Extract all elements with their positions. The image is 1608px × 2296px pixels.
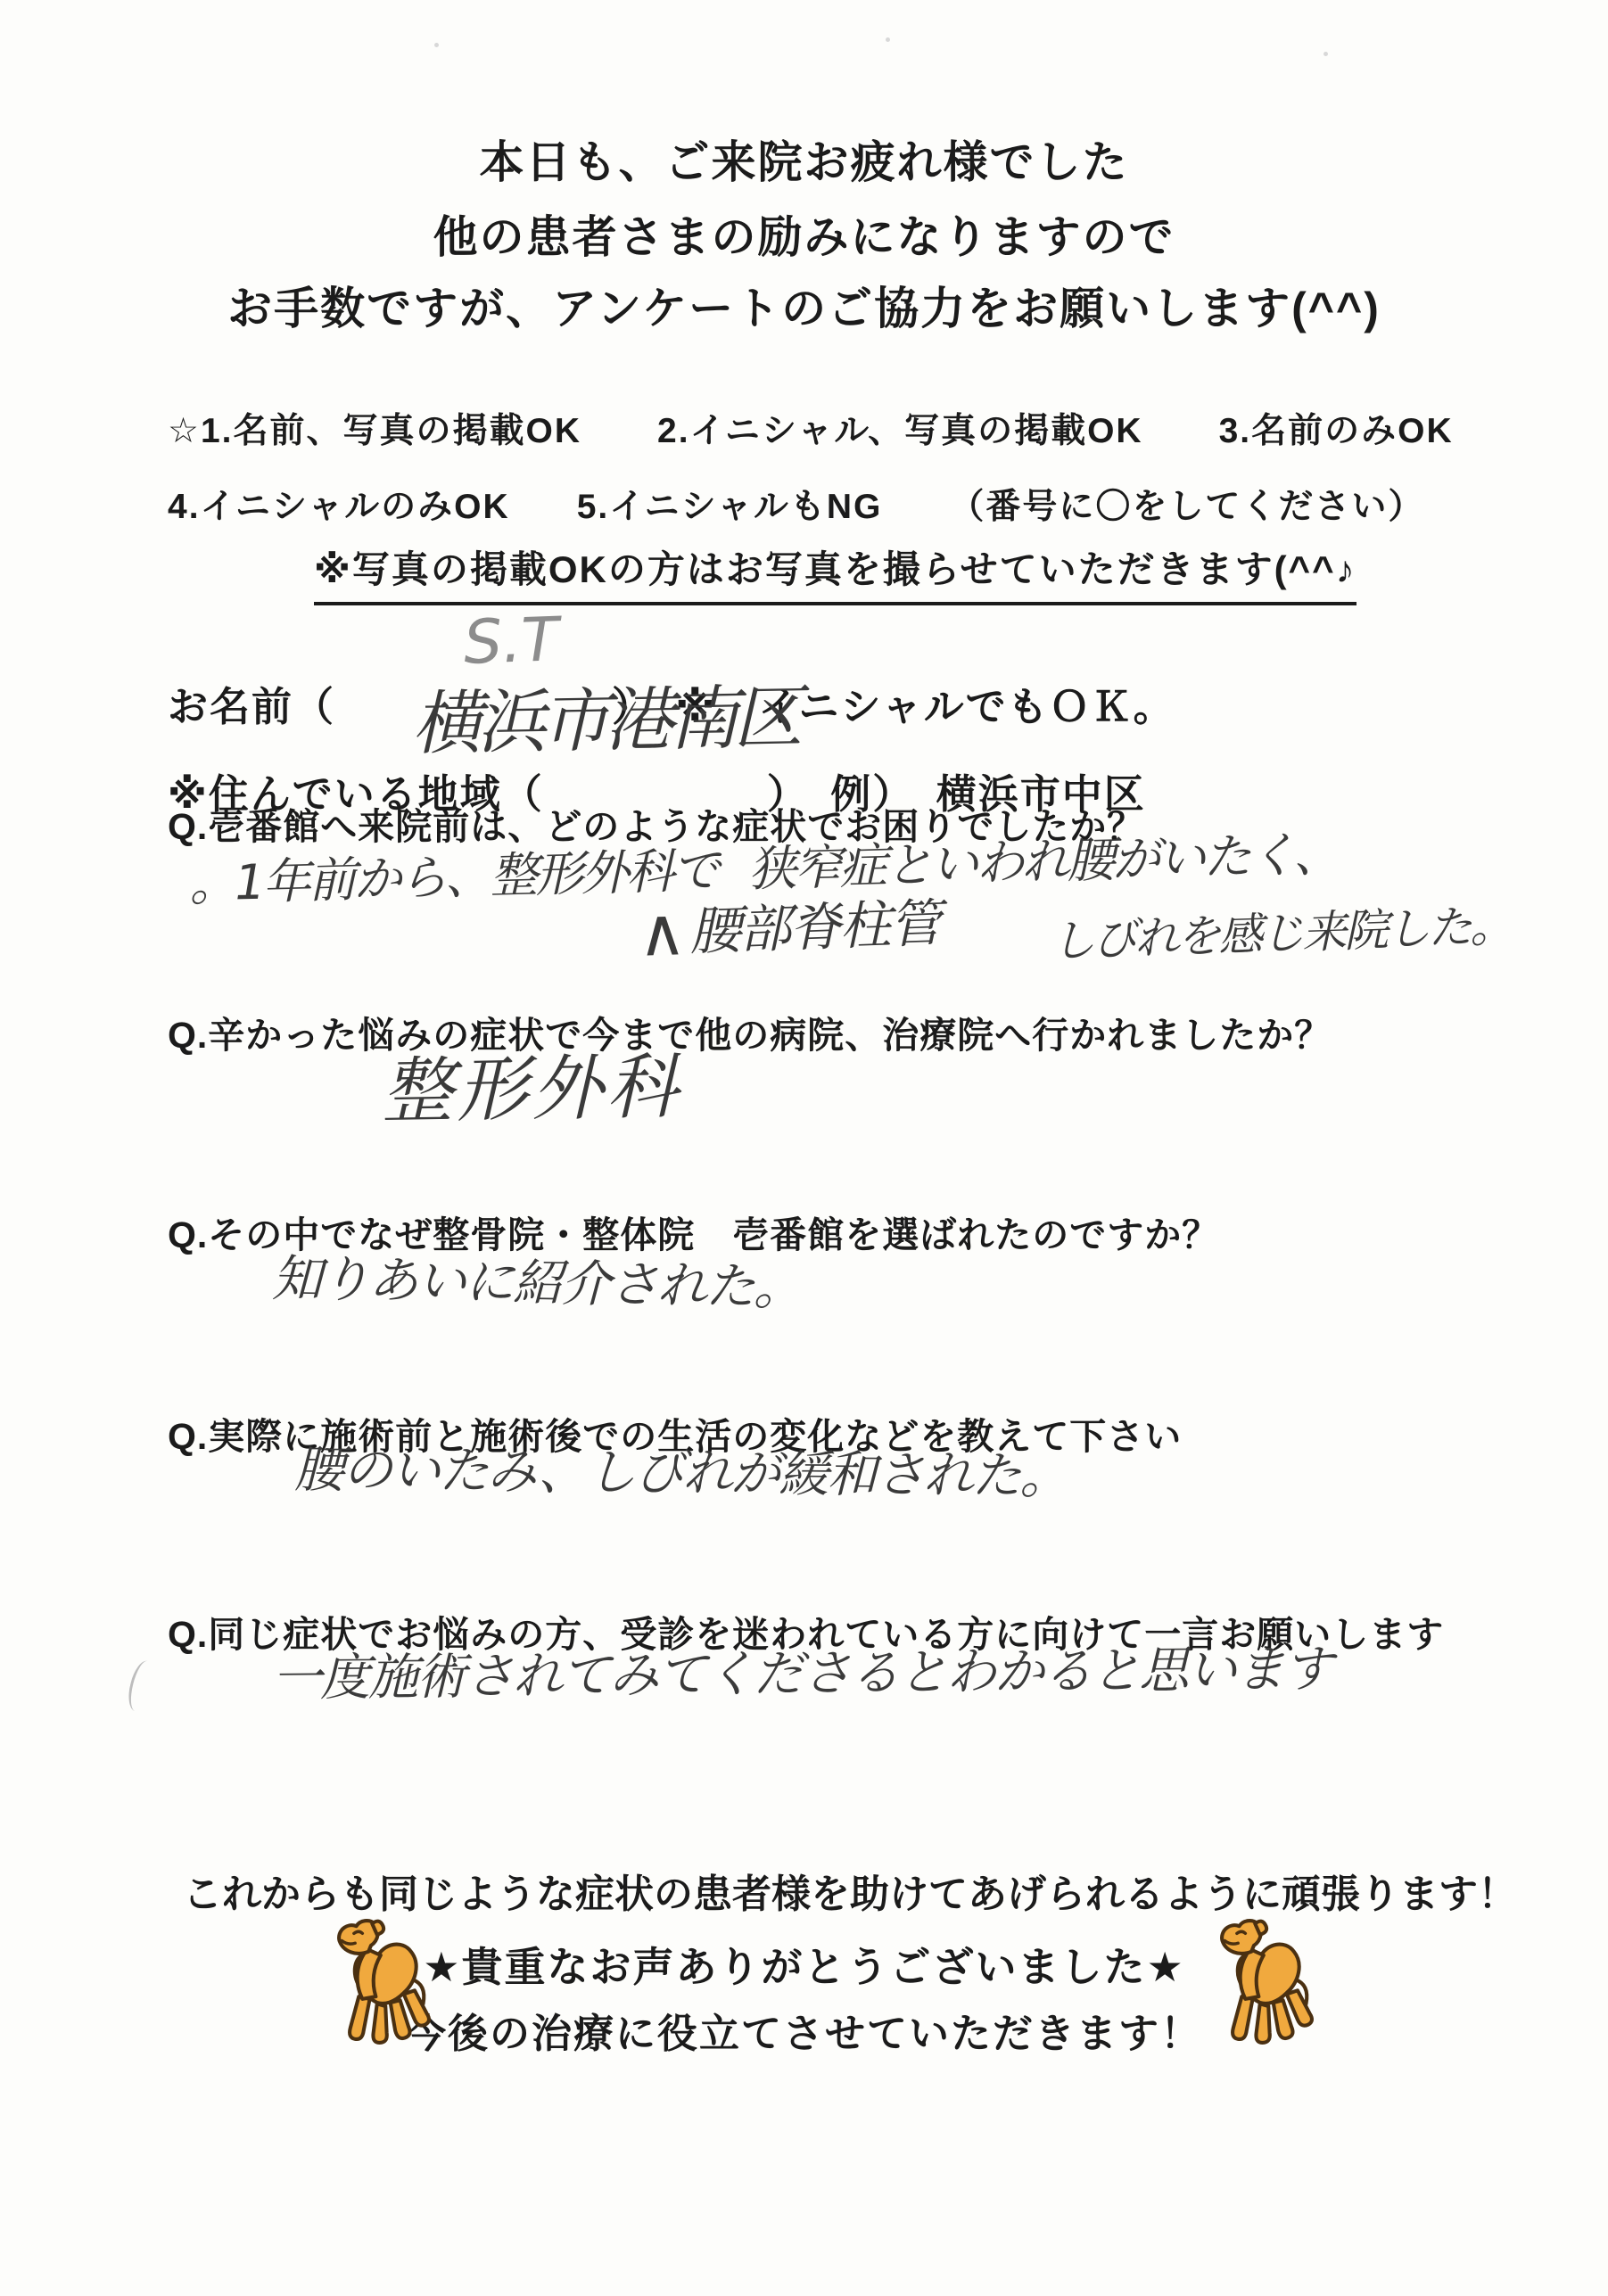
stray-pencil-mark (124, 1658, 158, 1714)
photo-permission-note: ※写真の掲載OKの方はお写真を撮らせていただきます(^^♪ (314, 540, 1356, 605)
consent-options-row-2: 4.イニシャルのみOK 5.イニシャルもNG （番号に〇をしてください） (168, 479, 1424, 529)
insertion-text: 腰部脊柱管 (689, 897, 940, 958)
handwritten-answer-q5: 一度施術されてみてくださるとわかると思います (272, 1645, 1332, 1704)
handwritten-region: 横浜市港南区 (411, 683, 797, 760)
footer-message: これからも同じような症状の患者様を助けてあげられるように頑張ります！ (183, 1862, 1517, 1919)
handwritten-name-initials: S.T (463, 610, 560, 674)
header-line-3: お手数ですが、アンケートのご協力をお願いします(^^) (0, 273, 1608, 337)
footer-thanks: ★貴重なお声ありがとうございました★ (0, 1935, 1608, 1994)
header-line-1: 本日も、ご来院お疲れ様でした (0, 127, 1608, 191)
handwritten-answer-q1-line2: しびれを感じ来院した。 (1050, 903, 1512, 964)
header-line-2: 他の患者さまの励みになりますので (0, 202, 1608, 266)
camel-icon (1191, 1919, 1324, 2051)
scan-artifact (886, 37, 890, 42)
handwritten-answer-q3: 知りあいに紹介された。 (272, 1255, 803, 1313)
consent-option-4: 4.イニシャルのみOK (168, 479, 510, 529)
consent-option-1: ☆1.名前、写真の掲載OK (168, 403, 581, 453)
consent-option-3: 3.名前のみOK (1219, 403, 1454, 453)
footer-closing: 今後の治療に役立てさせていただきます！ (0, 2001, 1608, 2059)
handwritten-answer-q4: 腰のいたみ、しびれが緩和された。 (294, 1445, 1068, 1502)
consent-option-2: 2.イニシャル、写真の掲載OK (657, 403, 1143, 453)
consent-instruction: （番号に〇をしてください） (949, 479, 1424, 529)
consent-option-5: 5.イニシャルもNG (577, 479, 883, 529)
consent-options-row-1: ☆1.名前、写真の掲載OK 2.イニシャル、写真の掲載OK 3.名前のみOK (168, 403, 1454, 453)
scan-artifact (1324, 52, 1328, 56)
insertion-caret-mark: ∧ (637, 906, 685, 960)
name-field-label: お名前（ (168, 674, 335, 732)
question-2: Q.辛かった悩みの症状で今まで他の病院、治療院へ行かれましたか？ (168, 1006, 1332, 1058)
scan-artifact (434, 43, 439, 47)
handwritten-answer-q1-insertion: ∧ 腰部脊柱管 (637, 897, 940, 960)
handwritten-answer-q2: 整形外科 (381, 1051, 681, 1128)
camel-icon (308, 1919, 441, 2051)
scanned-questionnaire-page: 本日も、ご来院お疲れ様でした 他の患者さまの励みになりますので お手数ですが、ア… (0, 0, 1608, 2296)
answer-q1-part2: 狭窄症といわれ腰がいたく、 (748, 830, 1340, 893)
